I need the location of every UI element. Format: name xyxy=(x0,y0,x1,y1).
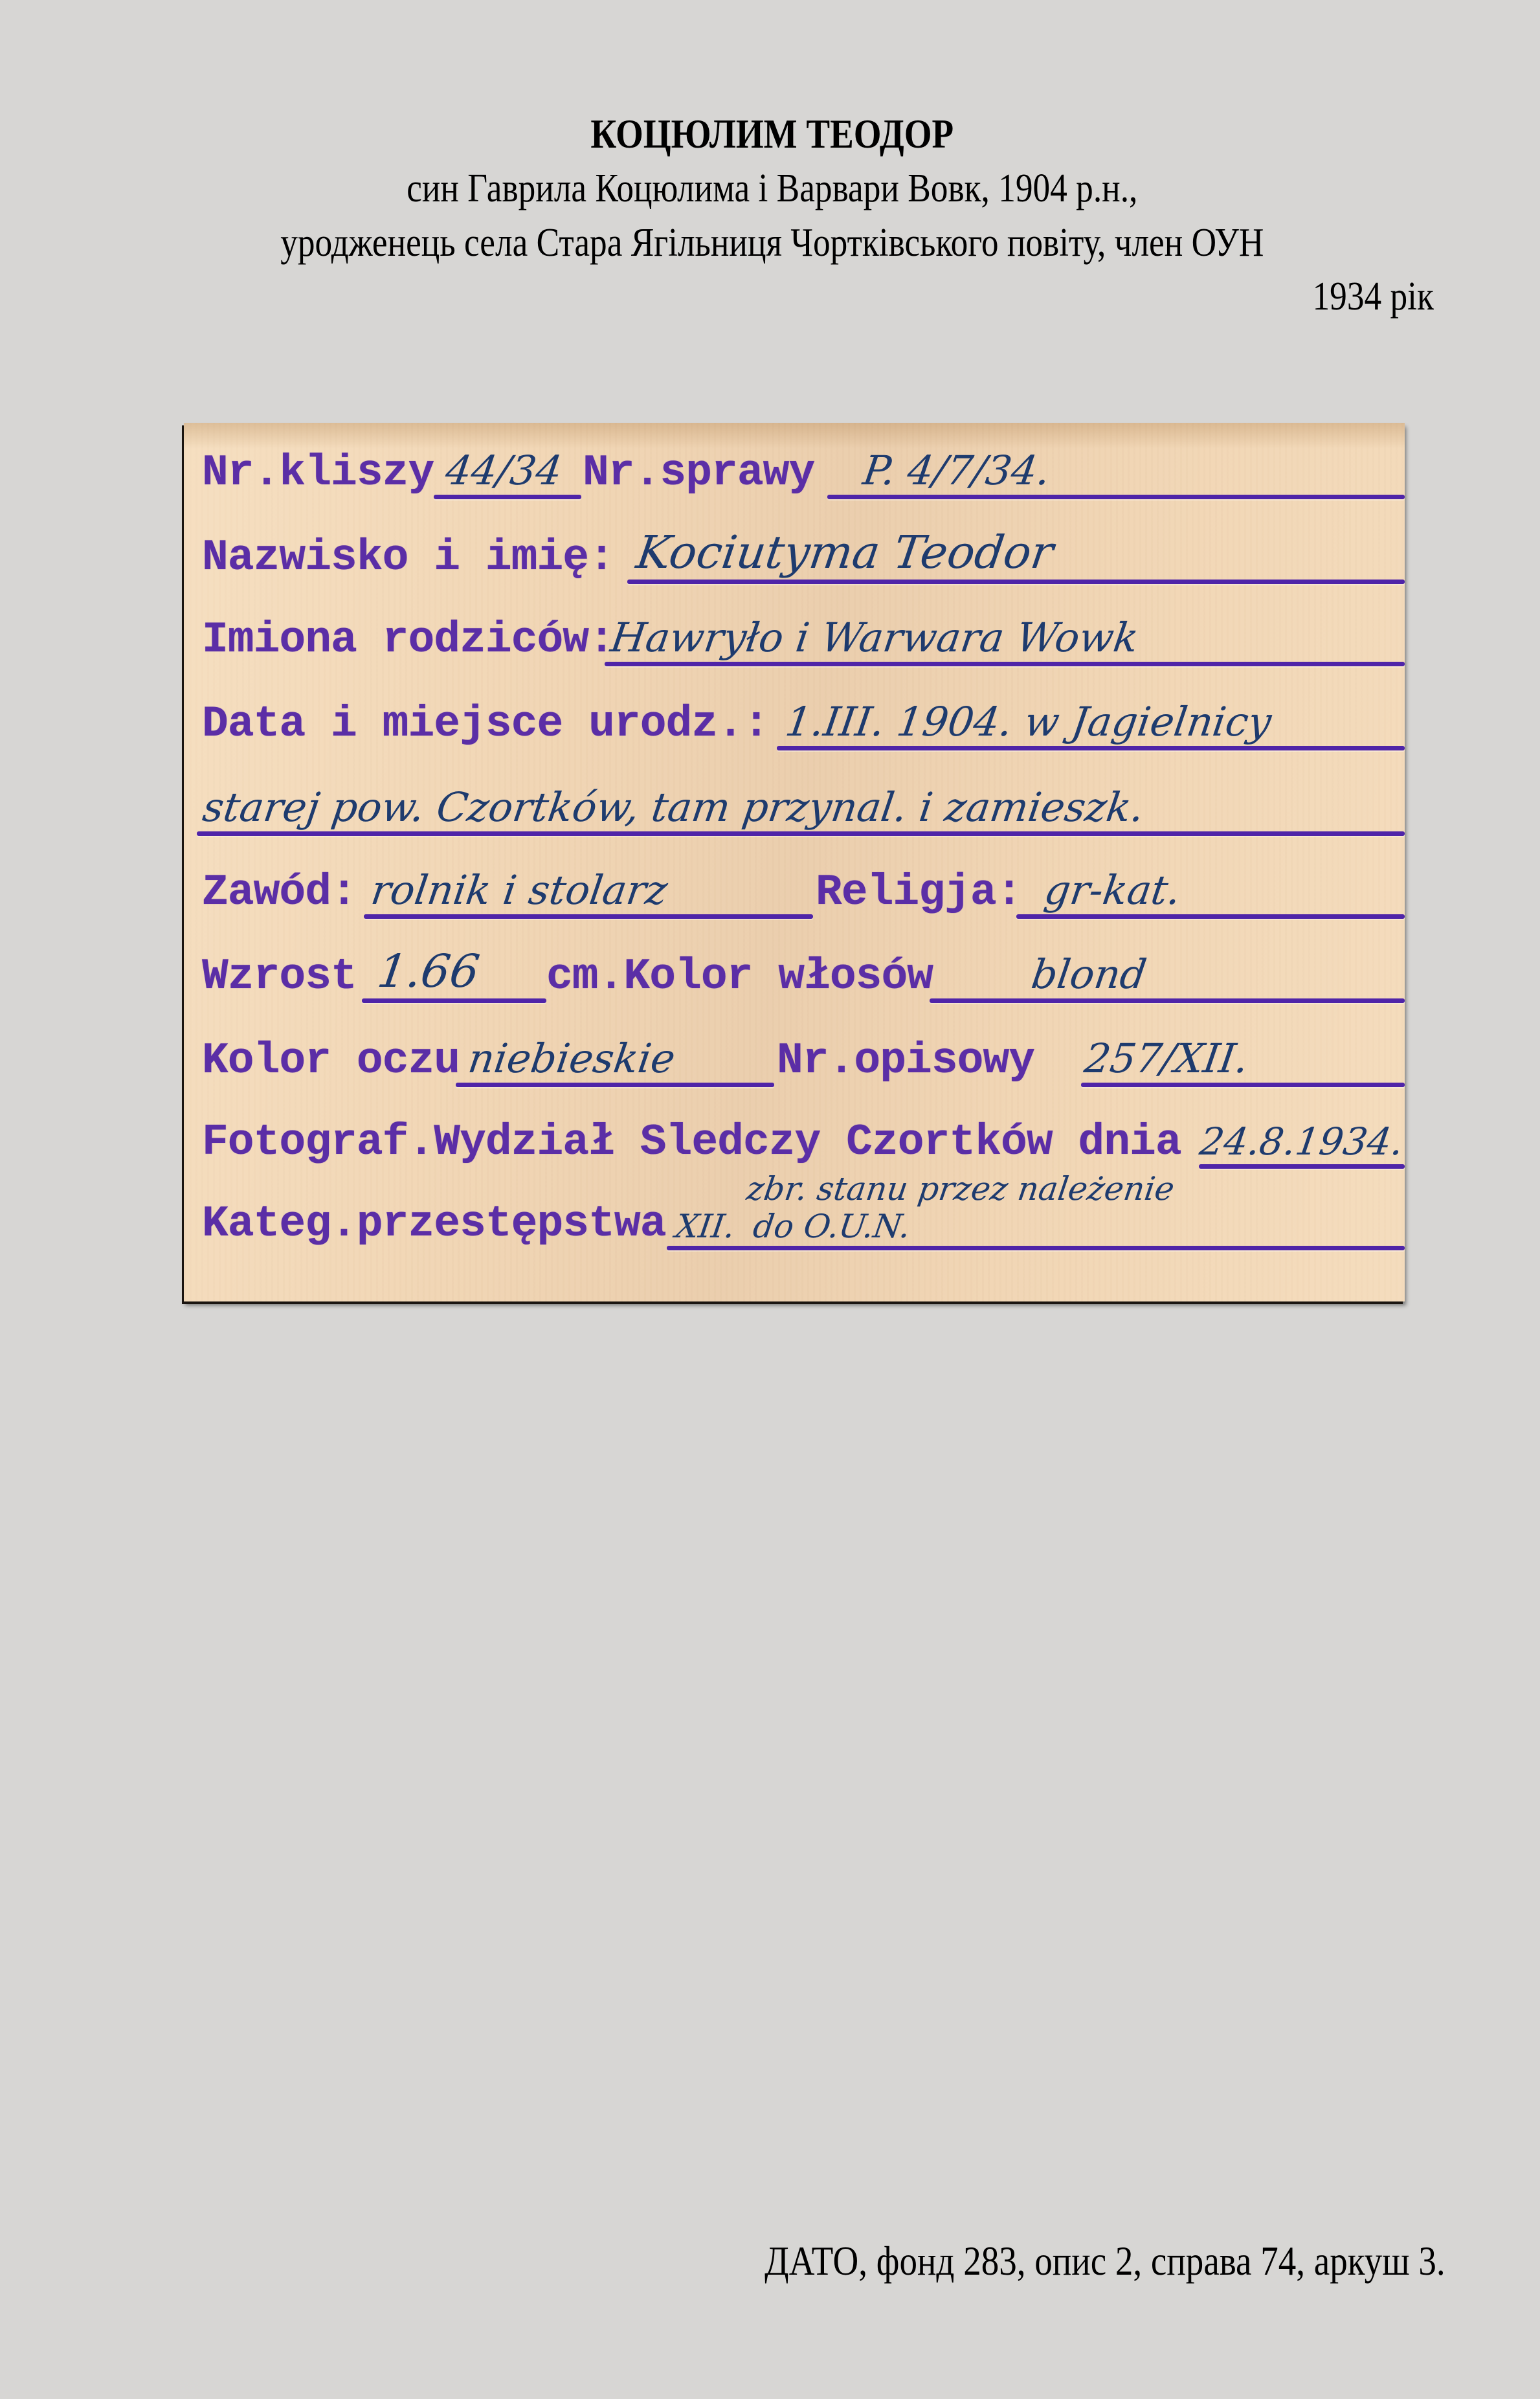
label-film-number: Nr.kliszy xyxy=(202,448,434,498)
value-film-number: 44/34 xyxy=(443,447,565,494)
value-crime-category-num: XII. xyxy=(673,1208,737,1245)
label-name: Nazwisko i imię: xyxy=(202,533,614,583)
card-row-height: Wzrost 1.66 cm.Kolor włosów blond xyxy=(184,927,1405,1011)
card-row-parents: Imiona rodziców: Hawryło i Warwara Wowk xyxy=(184,590,1405,674)
card-row-birth-cont: starej pow. Czortków, tam przynal. i zam… xyxy=(184,760,1405,844)
value-photo-date: 24.8.1934. xyxy=(1197,1120,1405,1164)
subtitle-year: 1934 рік xyxy=(1313,274,1434,320)
label-photo-dept: Fotograf.Wydział Sledczy Czortków dnia xyxy=(202,1118,1181,1167)
label-birth: Data i miejsce urodz.: xyxy=(202,699,769,749)
underline xyxy=(434,495,581,499)
underline xyxy=(1016,914,1405,919)
value-birth: 1.III. 1904. w Jagielnicy xyxy=(783,698,1275,745)
underline xyxy=(197,831,1405,836)
card-row-photo-dept: Fotograf.Wydział Sledczy Czortków dnia 2… xyxy=(184,1092,1405,1177)
label-religion: Religja: xyxy=(816,868,1021,918)
underline xyxy=(1081,1083,1405,1087)
value-hair-color: blond xyxy=(1029,951,1150,998)
underline xyxy=(362,998,546,1003)
subtitle-origin: уродженець села Стара Ягільниця Чортківс… xyxy=(110,220,1434,266)
label-description-number: Nr.opisowy xyxy=(777,1036,1034,1086)
underline xyxy=(930,998,1405,1003)
value-birth-cont: starej pow. Czortków, tam przynal. i zam… xyxy=(200,783,1147,831)
value-eye-color: niebieskie xyxy=(465,1035,678,1082)
value-crime-category-line1: zbr. stanu przez należenie xyxy=(744,1170,1177,1208)
label-height: Wzrost xyxy=(202,952,357,1002)
card-row-film-number: Nr.kliszy 44/34 Nr.sprawy P. 4/7/34. xyxy=(184,423,1405,507)
label-case-number: Nr.sprawy xyxy=(583,448,814,498)
card-row-birth: Data i miejsce urodz.: 1.III. 1904. w Ja… xyxy=(184,674,1405,758)
registration-card: Nr.kliszy 44/34 Nr.sprawy P. 4/7/34. Naz… xyxy=(184,423,1405,1301)
label-occupation: Zawód: xyxy=(202,868,357,918)
underline xyxy=(1199,1164,1405,1169)
card-row-crime-category: Kateg.przestępstwa XII. zbr. stanu przez… xyxy=(184,1174,1405,1258)
card-row-eye-color: Kolor oczu niebieskie Nr.opisowy 257/XII… xyxy=(184,1011,1405,1095)
label-parents: Imiona rodziców: xyxy=(202,615,614,665)
page-title: КОЦЮЛИМ ТЕОДОР xyxy=(110,110,1434,158)
value-description-number: 257/XII. xyxy=(1082,1035,1251,1082)
archive-source: ДАТО, фонд 283, опис 2, справа 74, аркуш… xyxy=(765,2237,1445,2285)
value-religion: gr-kat. xyxy=(1042,866,1184,914)
underline xyxy=(827,495,1405,499)
card-row-occupation: Zawód: rolnik i stolarz Religja: gr-kat. xyxy=(184,842,1405,927)
value-occupation: rolnik i stolarz xyxy=(368,866,671,914)
subtitle-parents: син Гаврила Коцюлима і Варвари Вовк, 190… xyxy=(110,166,1434,212)
label-eye-color: Kolor oczu xyxy=(202,1036,460,1086)
underline xyxy=(777,746,1405,750)
value-crime-category-line2: do O.U.N. xyxy=(751,1208,913,1245)
underline xyxy=(456,1083,774,1087)
value-case-number: P. 4/7/34. xyxy=(860,447,1053,494)
value-height: 1.66 xyxy=(374,945,482,998)
underline xyxy=(667,1246,1405,1250)
value-name: Kociutyma Teodor xyxy=(633,526,1056,579)
label-crime-category: Kateg.przestępstwa xyxy=(202,1199,666,1249)
underline xyxy=(627,580,1405,584)
underline xyxy=(605,662,1405,666)
label-hair-color: cm.Kolor włosów xyxy=(546,952,933,1002)
value-parents: Hawryło i Warwara Wowk xyxy=(608,614,1141,661)
card-row-name: Nazwisko i imię: Kociutyma Teodor xyxy=(184,508,1405,592)
underline xyxy=(364,914,813,919)
